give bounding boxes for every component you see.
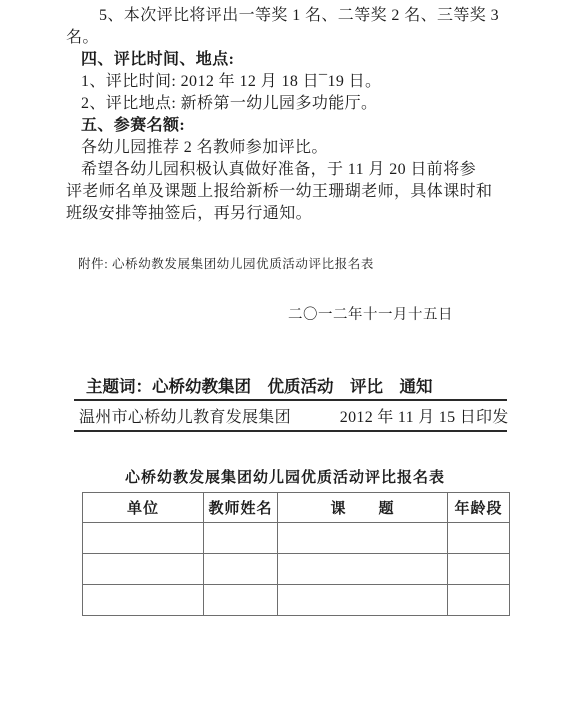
subject-keywords-line: 主题词：心桥幼教集团 优质活动 评比 通知	[86, 373, 433, 397]
empty-cell	[278, 585, 448, 616]
body-line: 班级安排等抽签后，再另行通知。	[66, 203, 516, 225]
empty-cell	[204, 585, 278, 616]
table-row	[83, 554, 510, 585]
attachment-note: 附件: 心桥幼教发展集团幼儿园优质活动评比报名表	[78, 254, 374, 272]
body-line: 希望各幼儿园积极认真做好准备，于 11 月 20 日前将参	[66, 159, 516, 181]
column-header-teacher: 教师姓名	[204, 493, 278, 523]
table-row	[83, 585, 510, 616]
empty-cell	[83, 585, 204, 616]
column-header-topic: 课 题	[278, 493, 448, 523]
divider-rule-top	[74, 399, 507, 401]
empty-cell	[448, 554, 510, 585]
registration-table: 单位 教师姓名 课 题 年龄段	[82, 492, 510, 616]
table-header-row: 单位 教师姓名 课 题 年龄段	[83, 493, 510, 523]
empty-cell	[448, 523, 510, 554]
empty-cell	[204, 523, 278, 554]
column-header-age-group: 年龄段	[448, 493, 510, 523]
signature-date: 二〇一二年十一月十五日	[288, 303, 453, 324]
empty-cell	[278, 523, 448, 554]
column-header-unit: 单位	[83, 493, 204, 523]
body-line: 5、本次评比将评出一等奖 1 名、二等奖 2 名、三等奖 3	[66, 5, 516, 27]
section-heading-quota: 五、参赛名额:	[66, 115, 516, 137]
body-line: 2、评比地点: 新桥第一幼儿园多功能厅。	[66, 93, 516, 115]
empty-cell	[448, 585, 510, 616]
form-title: 心桥幼教发展集团幼儿园优质活动评比报名表	[70, 466, 500, 487]
body-line: 名。	[66, 27, 516, 49]
issuer-line: 温州市心桥幼儿教育发展集团 2012 年 11 月 15 日印发	[79, 404, 509, 427]
body-line: 评老师名单及课题上报给新桥一幼王珊瑚老师，具体课时和	[66, 181, 516, 203]
notice-body: 5、本次评比将评出一等奖 1 名、二等奖 2 名、三等奖 3 名。 四、评比时间…	[66, 5, 516, 225]
empty-cell	[83, 554, 204, 585]
body-line: 1、评比时间: 2012 年 12 月 18 日¯19 日。	[66, 71, 516, 93]
table-row	[83, 523, 510, 554]
section-heading-time-place: 四、评比时间、地点:	[66, 49, 516, 71]
divider-rule-bottom	[74, 430, 507, 432]
body-line: 各幼儿园推荐 2 名教师参加评比。	[66, 137, 516, 159]
empty-cell	[204, 554, 278, 585]
empty-cell	[83, 523, 204, 554]
notice-document-page: 5、本次评比将评出一等奖 1 名、二等奖 2 名、三等奖 3 名。 四、评比时间…	[0, 0, 579, 721]
empty-cell	[278, 554, 448, 585]
